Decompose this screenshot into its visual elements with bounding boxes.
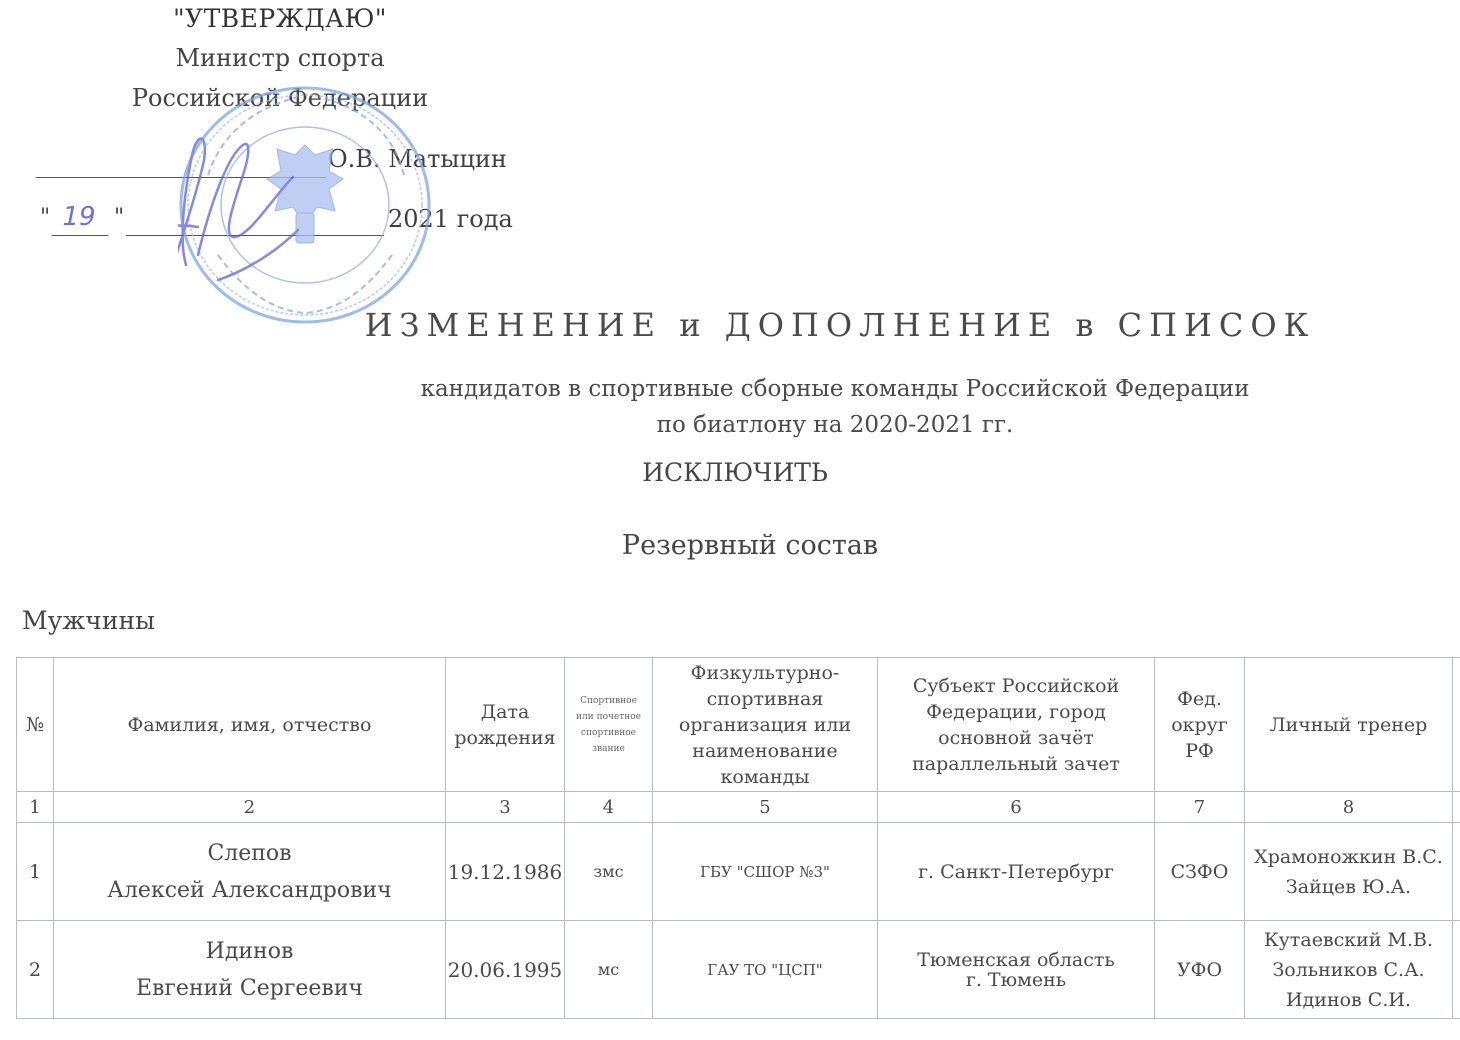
column-number-row: 1 2 3 4 5 6 7 8	[17, 792, 1460, 823]
approval-title: "УТВЕРЖДАЮ"	[130, 4, 430, 33]
document-title: ИЗМЕНЕНИЕ и ДОПОЛНЕНИЕ в СПИСОК	[300, 306, 1380, 344]
coach: Зольников С.А.	[1245, 955, 1452, 985]
approval-position-line2: Российской Федерации	[100, 84, 460, 112]
region: Тюменская область г. Тюмень	[878, 921, 1155, 1019]
section-label: Резервный состав	[600, 530, 900, 561]
extra-cell	[1453, 823, 1460, 921]
birth-date: 19.12.1986	[446, 823, 565, 921]
date-close-quote: "	[114, 205, 124, 230]
col-num-7: 7	[1155, 792, 1245, 823]
signature-line	[36, 177, 326, 178]
header-region: Субъект Российской Федерации, город осно…	[878, 658, 1155, 792]
birth-date: 20.06.1995	[446, 921, 565, 1019]
col-num-9	[1453, 792, 1460, 823]
table-row: 2 Идинов Евгений Сергеевич 20.06.1995 мс…	[17, 921, 1460, 1019]
region-line1: Тюменская область	[878, 950, 1154, 970]
col-num-8: 8	[1245, 792, 1453, 823]
header-coach: Личный тренер	[1245, 658, 1453, 792]
date-day: 19	[52, 202, 106, 232]
signatory-name: О.В. Матыцин	[328, 145, 507, 173]
header-full-name: Фамилия, имя, отчество	[54, 658, 446, 792]
header-extra	[1453, 658, 1460, 792]
header-sport-rank: Спортивное или почетное спортивное звани…	[565, 658, 653, 792]
extra-cell	[1453, 921, 1460, 1019]
approval-position-line1: Министр спорта	[100, 44, 460, 72]
region-line2: г. Тюмень	[878, 970, 1154, 990]
table-row: 1 Слепов Алексей Александрович 19.12.198…	[17, 823, 1460, 921]
athlete-name: Идинов Евгений Сергеевич	[54, 921, 446, 1019]
col-num-3: 3	[446, 792, 565, 823]
document-subtitle-line1: кандидатов в спортивные сборные команды …	[300, 376, 1370, 402]
athlete-given-names: Алексей Александрович	[54, 872, 445, 909]
row-number: 1	[17, 823, 54, 921]
sport-rank: мс	[565, 921, 653, 1019]
col-num-2: 2	[54, 792, 446, 823]
date-day-underline	[52, 235, 108, 236]
athlete-surname: Идинов	[54, 933, 445, 970]
organization: ГБУ "СШОР №3"	[653, 823, 878, 921]
date-open-quote: "	[40, 205, 50, 230]
header-number: №	[17, 658, 54, 792]
coach: Кутаевский М.В.	[1245, 925, 1452, 955]
federal-district: УФО	[1155, 921, 1245, 1019]
coaches: Кутаевский М.В. Зольников С.А. Идинов С.…	[1245, 921, 1453, 1019]
document-subtitle-line2: по биатлону на 2020-2021 гг.	[300, 412, 1370, 438]
row-number: 2	[17, 921, 54, 1019]
col-num-1: 1	[17, 792, 54, 823]
col-num-6: 6	[878, 792, 1155, 823]
athlete-given-names: Евгений Сергеевич	[54, 970, 445, 1007]
header-birth-date: Дата рождения	[446, 658, 565, 792]
table-header-row: № Фамилия, имя, отчество Дата рождения С…	[17, 658, 1460, 792]
header-organization: Физкультурно-спортивная организация или …	[653, 658, 878, 792]
col-num-5: 5	[653, 792, 878, 823]
coaches: Храмоножкин В.С. Зайцев Ю.А.	[1245, 823, 1453, 921]
athlete-surname: Слепов	[54, 835, 445, 872]
col-num-4: 4	[565, 792, 653, 823]
group-label: Мужчины	[22, 606, 155, 635]
date-month-underline	[126, 235, 384, 236]
athlete-name: Слепов Алексей Александрович	[54, 823, 446, 921]
candidates-table: № Фамилия, имя, отчество Дата рождения С…	[16, 657, 1460, 1019]
region-line1: г. Санкт-Петербург	[878, 862, 1154, 882]
coach: Зайцев Ю.А.	[1245, 872, 1452, 902]
organization: ГАУ ТО "ЦСП"	[653, 921, 878, 1019]
coach: Идинов С.И.	[1245, 985, 1452, 1015]
header-federal-district: Фед. округ РФ	[1155, 658, 1245, 792]
date-year: 2021 года	[388, 205, 513, 233]
coach: Храмоножкин В.С.	[1245, 842, 1452, 872]
region: г. Санкт-Петербург	[878, 823, 1155, 921]
action-label: ИСКЛЮЧИТЬ	[540, 458, 930, 487]
federal-district: СЗФО	[1155, 823, 1245, 921]
sport-rank: змс	[565, 823, 653, 921]
